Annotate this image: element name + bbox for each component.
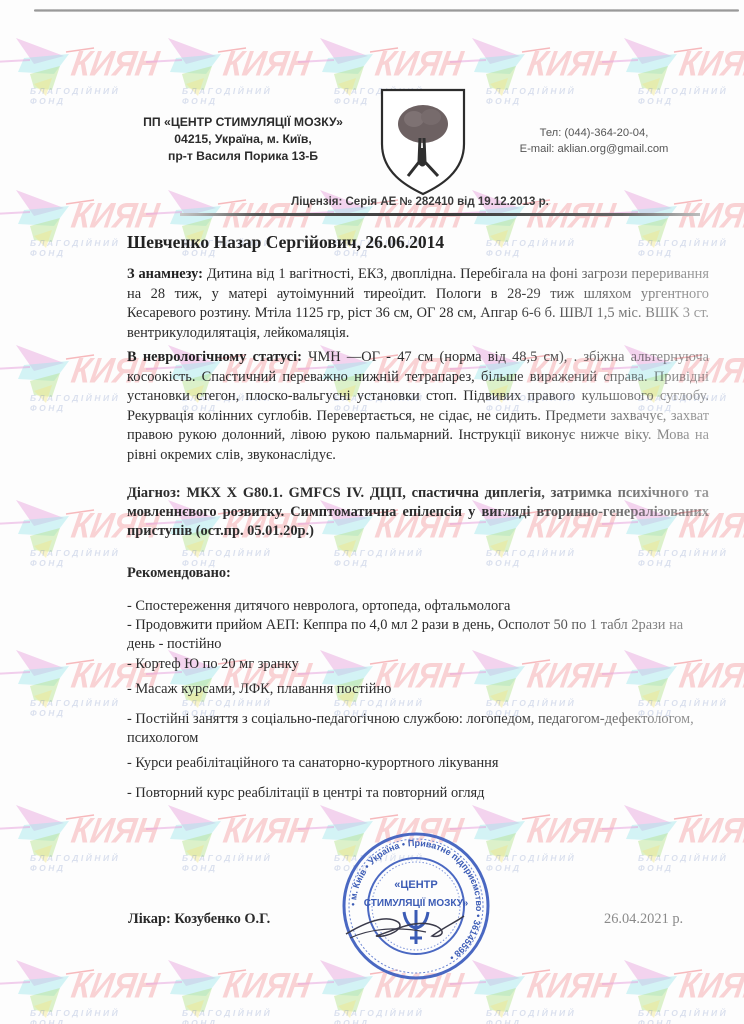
recommendation-item: - Масаж курсами, ЛФК, плавання постійно [127, 680, 712, 699]
neuro-status-label: В неврологічному статусі: [127, 349, 302, 365]
recommendation-item: - Кортеф Ю по 20 мг зранку [127, 655, 712, 674]
recommendation-item: - Постійні заняття з соціально-педагогіч… [127, 710, 712, 748]
header-divider [180, 213, 700, 216]
stamp-center-bottom: СТИМУЛЯЦІЇ МОЗКУ» [364, 896, 469, 909]
tree-shield-icon [378, 86, 468, 198]
document-date: 26.04.2021 р. [604, 911, 683, 928]
recommendation-item: - Спостереження дитячого невролога, орто… [127, 597, 712, 616]
org-address-line-2: пр-т Василя Порика 13-Б [118, 148, 368, 165]
org-address-line-1: 04215, Україна, м. Київ, [118, 131, 368, 148]
recommendation-item: - Повторний курс реабілітації в центрі т… [127, 784, 712, 803]
recommendation-item: - Продовжити прийом АЕП: Кеппра по 4,0 м… [127, 616, 712, 654]
official-stamp-icon: • м. Київ • Україна • Приватне підприємс… [336, 826, 496, 986]
doctor-signature-label: Лікар: Козубенко О.Г. [128, 911, 270, 928]
anamnesis-label: З анамнезу: [127, 266, 203, 282]
patient-name-dob: Шевченко Назар Сергійович, 26.06.2014 [127, 232, 444, 253]
phone-text: Тел: (044)-364-20-04, [494, 125, 694, 141]
neuro-status-text: ЧМН —ОГ - 47 см (норма від 48,5 см), . з… [127, 349, 709, 463]
recommendation-item: - Курси реабілітаційного та санаторно-ку… [127, 754, 712, 773]
document-page: ПП «ЦЕНТР СТИМУЛЯЦІЇ МОЗКУ» 04215, Украї… [0, 0, 744, 1024]
organization-block: ПП «ЦЕНТР СТИМУЛЯЦІЇ МОЗКУ» 04215, Украї… [118, 114, 368, 165]
stamp-center-top: «ЦЕНТР [394, 879, 438, 891]
neuro-status-paragraph: В неврологічному статусі: ЧМН —ОГ - 47 с… [127, 348, 709, 465]
diagnosis-paragraph: Діагноз: МКХ X G80.1. GMFCS IV. ДЦП, спа… [127, 484, 709, 541]
license-text: Ліцензія: Серія АЕ № 282410 від 19.12.20… [120, 196, 720, 208]
anamnesis-text: Дитина від 1 вагітності, ЕКЗ, двоплідна.… [127, 266, 709, 341]
contacts-block: Тел: (044)-364-20-04, E-mail: aklian.org… [494, 125, 694, 157]
anamnesis-paragraph: З анамнезу: Дитина від 1 вагітності, ЕКЗ… [127, 265, 709, 343]
recommendations-title: Рекомендовано: [127, 565, 231, 582]
org-name: ПП «ЦЕНТР СТИМУЛЯЦІЇ МОЗКУ» [118, 114, 368, 131]
email-text: E-mail: aklian.org@gmail.com [494, 141, 694, 157]
